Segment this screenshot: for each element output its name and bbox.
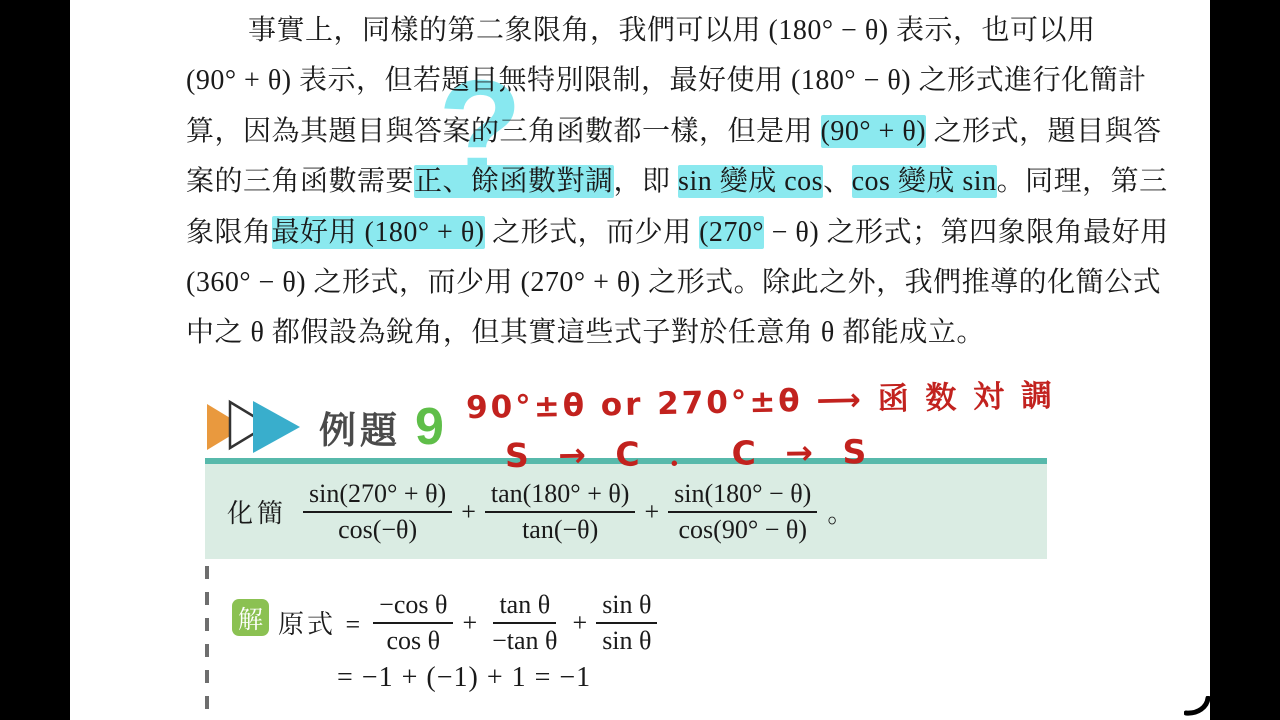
fraction: −cos θcos θ <box>373 590 453 656</box>
text-span: (90° + θ) 表示，但若題目無特別限制，最好使用 (180° − θ) 之… <box>186 65 1147 96</box>
example-label: 例題 <box>319 400 401 454</box>
text-span: − θ) 之形式；第四象限角最好用 <box>764 217 1169 248</box>
fraction: tan θ−tan θ <box>486 590 563 656</box>
paragraph-line: 算，因為其題目與答案的三角函數都一樣，但是用 (90° + θ) 之形式，題目與… <box>186 107 1082 157</box>
body-paragraph: 事實上，同樣的第二象限角，我們可以用 (180° − θ) 表示，也可以用(90… <box>186 6 1082 359</box>
dashed-guide-line <box>205 566 209 720</box>
fraction: sin(180° − θ)cos(90° − θ) <box>668 479 817 545</box>
plus-operator: + <box>573 608 588 638</box>
text-span: 算，因為其題目與答案的三角函數都一樣，但是用 <box>186 116 821 147</box>
highlight-span: sin 變成 cos <box>678 165 823 198</box>
video-frame: ? 事實上，同樣的第二象限角，我們可以用 (180° − θ) 表示，也可以用(… <box>0 0 1280 720</box>
plus-operator: + <box>461 497 476 527</box>
plus-operator: + <box>644 497 659 527</box>
paragraph-line: 中之 θ 都假設為銳角，但其實這些式子對於任意角 θ 都能成立。 <box>186 308 1082 358</box>
fraction-numerator: tan θ <box>493 590 556 624</box>
text-span: 事實上，同樣的第二象限角，我們可以用 (180° − θ) 表示，也可以用 <box>248 15 1096 46</box>
paragraph-line: 事實上，同樣的第二象限角，我們可以用 (180° − θ) 表示，也可以用 <box>186 6 1082 56</box>
paragraph-line: (90° + θ) 表示，但若題目無特別限制，最好使用 (180° − θ) 之… <box>186 56 1082 106</box>
triple-triangle-icon <box>205 399 305 455</box>
paragraph-line: 案的三角函數需要正、餘函數對調，即 sin 變成 cos、cos 變成 sin。… <box>186 157 1082 207</box>
fraction-denominator: cos(−θ) <box>332 513 423 545</box>
solution-line-1: 原式 = −cos θcos θ+tan θ−tan θ+sin θsin θ <box>278 590 657 656</box>
text-span: 中之 θ 都假設為銳角，但其實這些式子對於任意角 θ 都能成立。 <box>186 317 985 348</box>
highlight-span: (90° + θ) <box>821 115 927 148</box>
text-span: (360° − θ) 之形式，而少用 (270° + θ) 之形式。除此之外，我… <box>186 267 1161 298</box>
highlight-span: cos 變成 sin <box>852 165 997 198</box>
solution-expression: −cos θcos θ+tan θ−tan θ+sin θsin θ <box>373 590 657 656</box>
highlight-span: (270° <box>699 216 764 249</box>
period-mark: 。 <box>827 493 853 530</box>
annotation-line-1: 90°±θ or 270°±θ ⟶ 函 数 対 調 <box>466 370 1056 427</box>
fraction-numerator: sin(180° − θ) <box>668 479 817 513</box>
fraction-denominator: sin θ <box>596 624 657 656</box>
fraction: tan(180° + θ)tan(−θ) <box>485 479 636 545</box>
paragraph-line: (360° − θ) 之形式，而少用 (270° + θ) 之形式。除此之外，我… <box>186 258 1082 308</box>
fraction-numerator: tan(180° + θ) <box>485 479 636 513</box>
text-span: 之形式，題目與答 <box>926 116 1162 147</box>
problem-box: 化簡 sin(270° + θ)cos(−θ)+tan(180° + θ)tan… <box>205 464 1047 559</box>
solution-lead: 原式 = <box>278 604 363 641</box>
fraction-denominator: cos(90° − θ) <box>673 513 814 545</box>
annotation-line-2: S → C ． C → S <box>505 426 876 477</box>
text-span: ，即 <box>614 166 679 197</box>
fraction-denominator: tan(−θ) <box>516 513 604 545</box>
text-span: 之形式，而少用 <box>485 217 700 248</box>
plus-operator: + <box>462 608 477 638</box>
example-header: 例題 9 <box>205 399 444 455</box>
solution-result: = −1 + (−1) + 1 = −1 <box>337 662 591 694</box>
text-span: 象限角 <box>186 217 272 248</box>
fraction-numerator: sin θ <box>596 590 657 624</box>
text-span: 。同理，第三 <box>997 166 1168 197</box>
paragraph-line: 象限角最好用 (180° + θ) 之形式，而少用 (270° − θ) 之形式… <box>186 208 1082 258</box>
letterbox-left <box>0 0 70 720</box>
fraction-denominator: cos θ <box>381 624 447 656</box>
fraction-denominator: −tan θ <box>486 624 563 656</box>
text-span: 、 <box>823 166 852 197</box>
text-span: 案的三角函數需要 <box>186 166 414 197</box>
problem-prefix: 化簡 <box>227 493 287 530</box>
highlight-span: 正、餘函數對調 <box>414 165 614 198</box>
fraction: sin(270° + θ)cos(−θ) <box>303 479 452 545</box>
highlight-span: 最好用 (180° + θ) <box>272 216 485 249</box>
pen-stroke-icon <box>1184 696 1212 720</box>
fraction: sin θsin θ <box>596 590 657 656</box>
solution-badge: 解 <box>232 599 269 636</box>
letterbox-right <box>1210 0 1280 720</box>
problem-expression: sin(270° + θ)cos(−θ)+tan(180° + θ)tan(−θ… <box>303 479 817 545</box>
example-number: 9 <box>415 397 444 457</box>
fraction-numerator: −cos θ <box>373 590 453 624</box>
fraction-numerator: sin(270° + θ) <box>303 479 452 513</box>
